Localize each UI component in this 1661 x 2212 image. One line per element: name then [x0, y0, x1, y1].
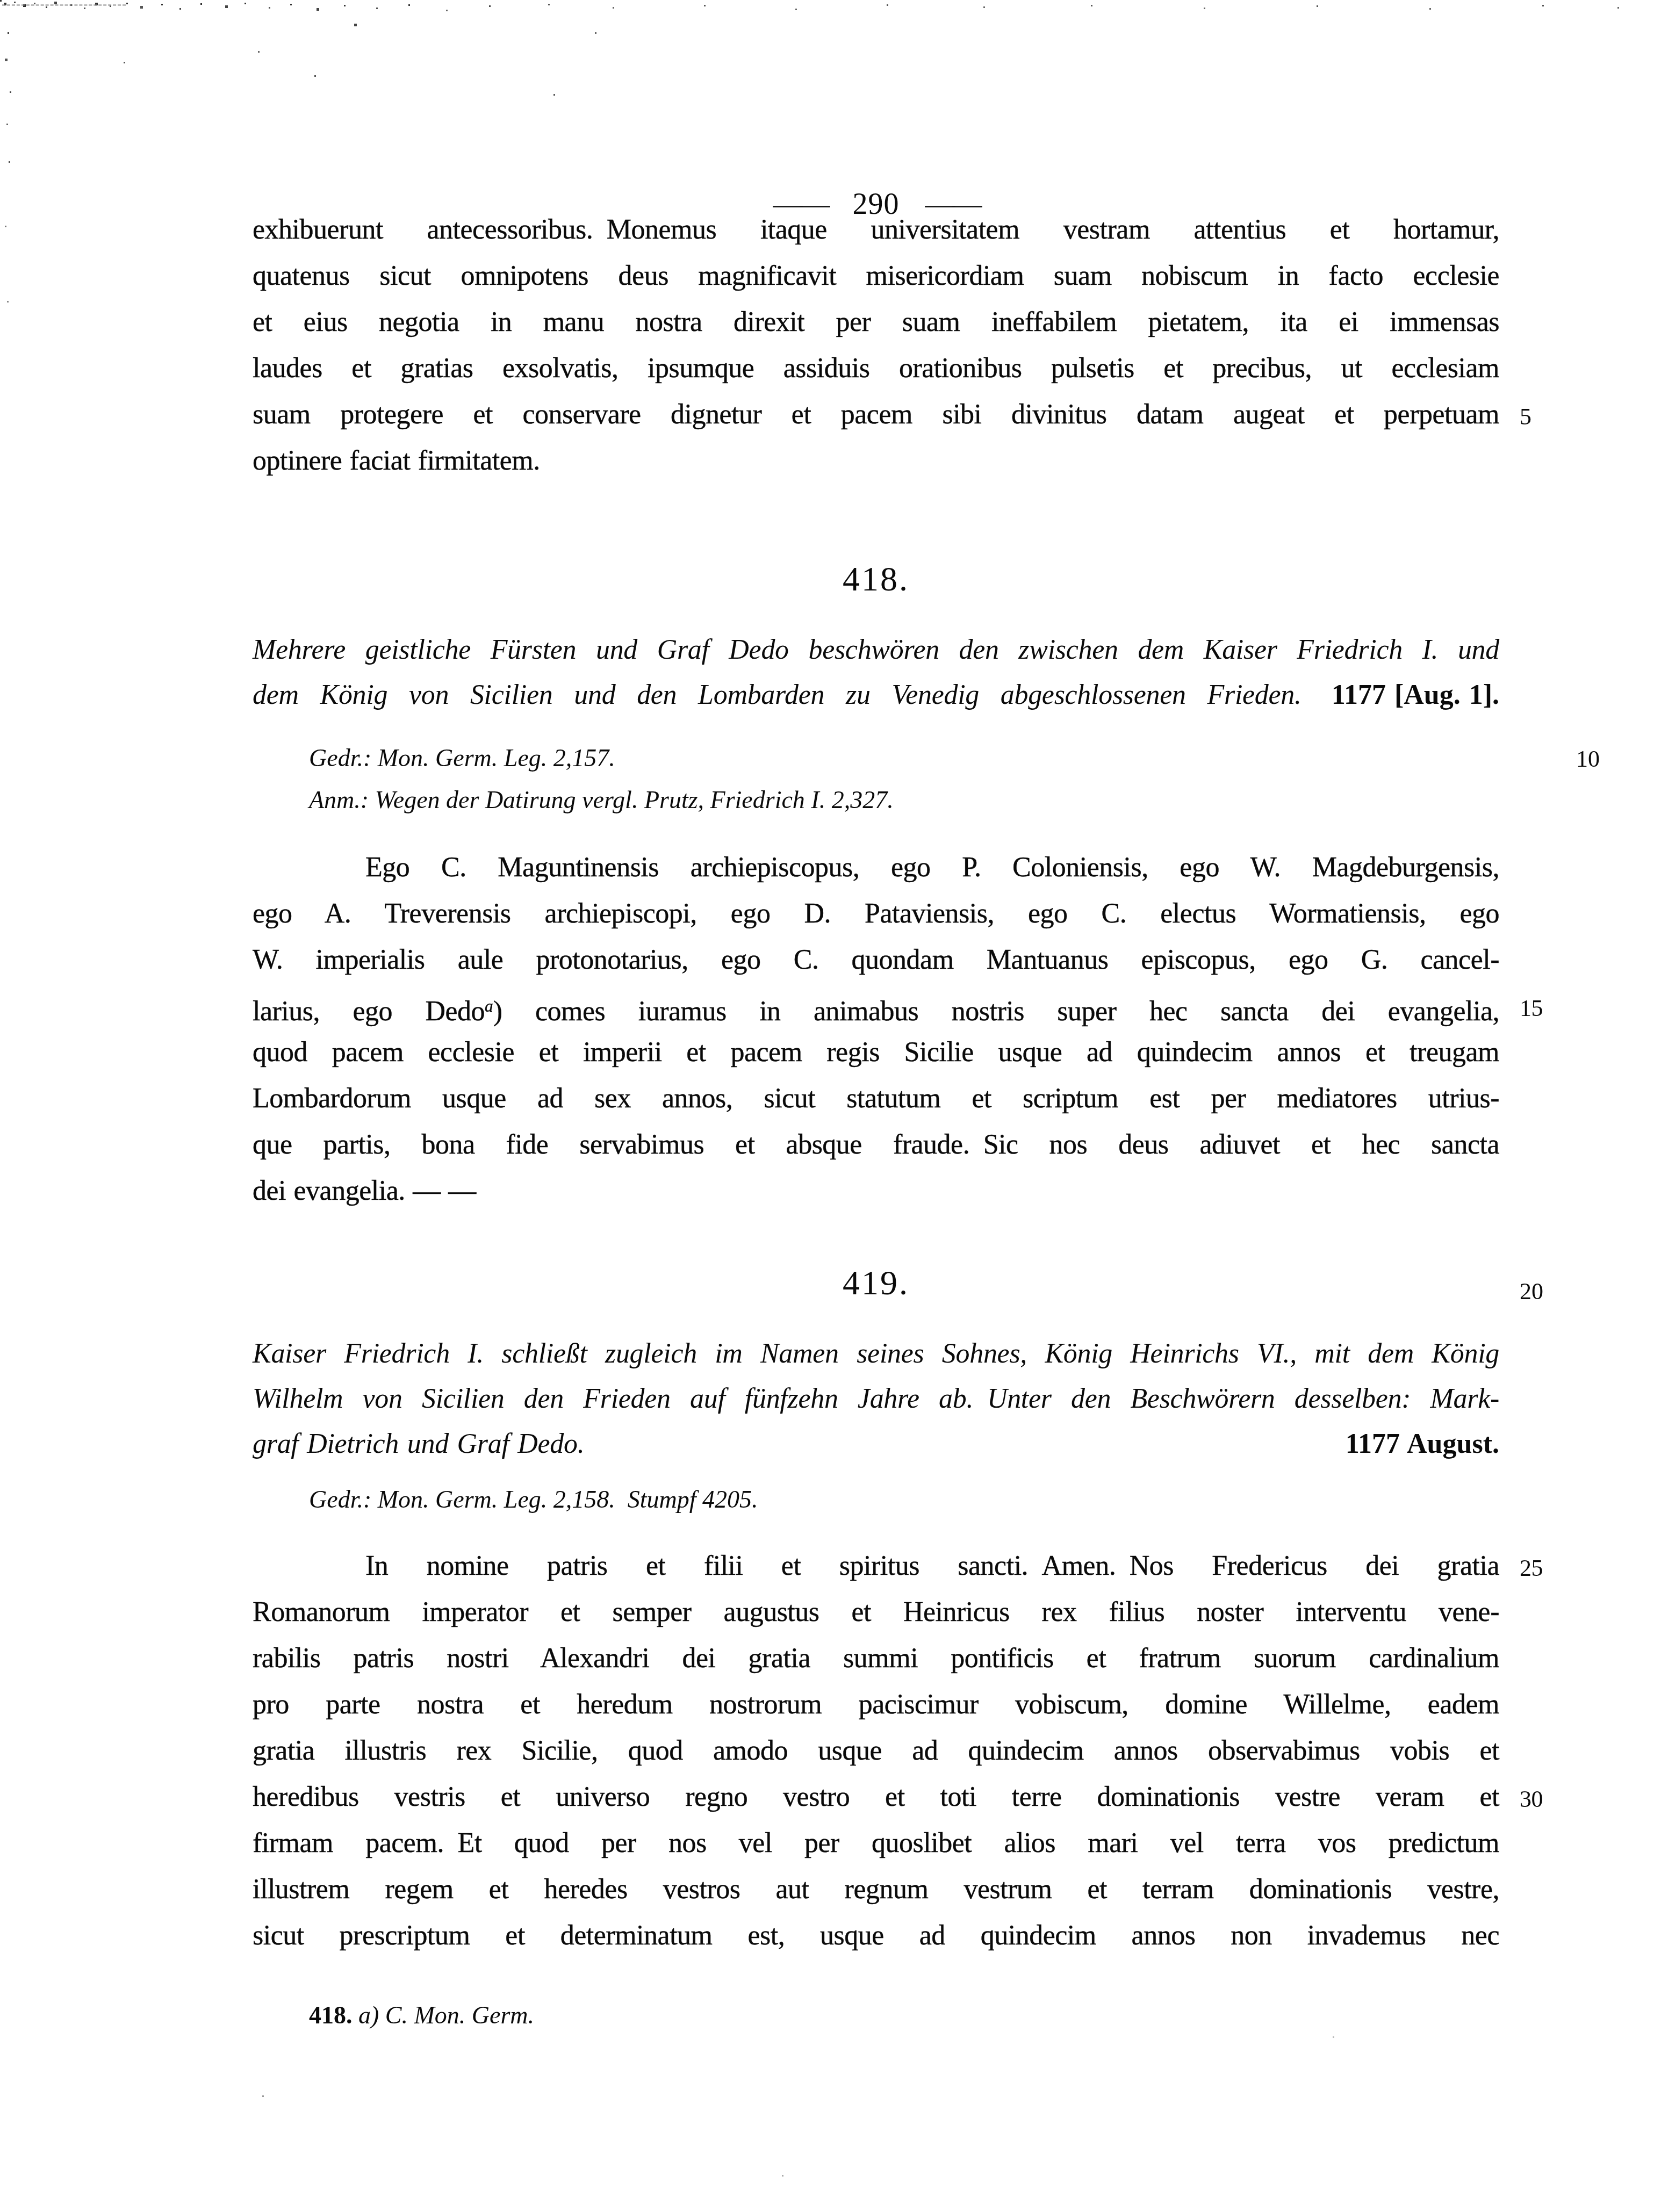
- entry-418-regest: Mehrere geistliche Fürsten und Graf Dedo…: [253, 628, 1499, 718]
- line-text: Kaiser Friedrich I. schließt zugleich im…: [253, 1331, 1499, 1377]
- text-line: ego A. Treverensis archiepiscopi, ego D.…: [253, 891, 1499, 937]
- page-content: ——290—— exhibuerunt antecessoribus. Mone…: [253, 0, 1499, 2212]
- text-line: larius, ego Dedoa) comes iuramus in anim…: [253, 983, 1499, 1029]
- text-line: Ego C. Maguntinensis archiepiscopus, ego…: [253, 845, 1499, 891]
- text-line: optinere faciat firmitatem.: [253, 438, 1499, 484]
- entry-418-sources: Gedr.: Mon. Germ. Leg. 2,157.10Anm.: Weg…: [253, 737, 1556, 821]
- margin-line-number: 30: [1520, 1776, 1543, 1822]
- line-text: larius, ego Dedoa) comes iuramus in anim…: [253, 983, 1499, 1029]
- margin-line-number: 15: [1520, 985, 1543, 1032]
- text-line: graf Dietrich und Graf Dedo.1177 August.: [253, 1422, 1499, 1467]
- entry-419-margin-line-number: 20: [1520, 1270, 1543, 1313]
- line-text: et eius negotia in manu nostra direxit p…: [253, 299, 1499, 345]
- line-text: graf Dietrich und Graf Dedo.: [253, 1422, 1315, 1467]
- text-line: gratia illustris rex Sicilie, quod amodo…: [253, 1728, 1499, 1774]
- entry-419-sources: Gedr.: Mon. Germ. Leg. 2,158. Stumpf 420…: [253, 1479, 1556, 1521]
- margin-line-number: 10: [1576, 738, 1600, 780]
- text-line: exhibuerunt antecessoribus. Monemus itaq…: [253, 207, 1499, 253]
- text-line: sicut prescriptum et determinatum est, u…: [253, 1913, 1499, 1959]
- text-line: firmam pacem. Et quod per nos vel per qu…: [253, 1820, 1499, 1867]
- line-text: heredibus vestris et universo regno vest…: [253, 1774, 1499, 1820]
- text-line: In nomine patris et filii et spiritus sa…: [253, 1543, 1499, 1589]
- text-line: et eius negotia in manu nostra direxit p…: [253, 299, 1499, 345]
- line-text: Wilhelm von Sicilien den Frieden auf fün…: [253, 1377, 1499, 1422]
- line-text: dem König von Sicilien und den Lombarden…: [253, 673, 1302, 718]
- line-text: Romanorum imperator et semper augustus e…: [253, 1589, 1499, 1635]
- text-line: dem König von Sicilien und den Lombarden…: [253, 673, 1499, 718]
- entry-419-number: 419.: [843, 1264, 909, 1302]
- line-text: dei evangelia. — —: [253, 1168, 1499, 1214]
- text-line: Gedr.: Mon. Germ. Leg. 2,158. Stumpf 420…: [309, 1479, 1556, 1521]
- line-text-part: ) comes iuramus in animabus nostris supe…: [493, 996, 1499, 1027]
- text-line: Anm.: Wegen der Datirung vergl. Prutz, F…: [309, 779, 1556, 821]
- text-line: Lombardorum usque ad sex annos, sicut st…: [253, 1076, 1499, 1122]
- line-text: quod pacem ecclesie et imperii et pacem …: [253, 1029, 1499, 1076]
- text-line: que partis, bona fide servabimus et absq…: [253, 1122, 1499, 1168]
- line-text: Ego C. Maguntinensis archiepiscopus, ego…: [253, 845, 1499, 891]
- entry-419-regest: Kaiser Friedrich I. schließt zugleich im…: [253, 1331, 1499, 1467]
- line-text: Gedr.: Mon. Germ. Leg. 2,158. Stumpf 420…: [309, 1479, 1556, 1521]
- entry-419-heading: 419. 20: [253, 1262, 1499, 1305]
- text-line: suam protegere et conservare dignetur et…: [253, 392, 1499, 438]
- line-text: illustrem regem et heredes vestros aut r…: [253, 1867, 1499, 1913]
- text-line: laudes et gratias exsolvatis, ipsumque a…: [253, 345, 1499, 392]
- line-text: laudes et gratias exsolvatis, ipsumque a…: [253, 345, 1499, 392]
- page-scan: { "page": { "header": { "dash_left": "——…: [0, 0, 1661, 2212]
- line-text: sicut prescriptum et determinatum est, u…: [253, 1913, 1499, 1959]
- line-text: suam protegere et conservare dignetur et…: [253, 392, 1499, 438]
- margin-line-number: 5: [1520, 394, 1531, 440]
- text-line: rabilis patris nostri Alexandri dei grat…: [253, 1635, 1499, 1682]
- entry-date: 1177 [Aug. 1].: [1332, 673, 1499, 718]
- text-line: pro parte nostra et heredum nostrorum pa…: [253, 1682, 1499, 1728]
- line-text: exhibuerunt antecessoribus. Monemus itaq…: [253, 207, 1499, 253]
- footnote-label: 418.: [309, 2001, 353, 2029]
- text-line: dei evangelia. — —: [253, 1168, 1499, 1214]
- text-line: illustrem regem et heredes vestros aut r…: [253, 1867, 1499, 1913]
- margin-line-number: 25: [1520, 1545, 1543, 1591]
- line-text: Mehrere geistliche Fürsten und Graf Dedo…: [253, 628, 1499, 673]
- line-text: ego A. Treverensis archiepiscopi, ego D.…: [253, 891, 1499, 937]
- text-line: Gedr.: Mon. Germ. Leg. 2,157.10: [309, 737, 1556, 779]
- line-text: gratia illustris rex Sicilie, quod amodo…: [253, 1728, 1499, 1774]
- entry-418-text: Ego C. Maguntinensis archiepiscopus, ego…: [253, 845, 1499, 1214]
- text-line: Romanorum imperator et semper augustus e…: [253, 1589, 1499, 1635]
- line-text: rabilis patris nostri Alexandri dei grat…: [253, 1635, 1499, 1682]
- line-text: quatenus sicut omnipotens deus magnifica…: [253, 253, 1499, 299]
- line-text: firmam pacem. Et quod per nos vel per qu…: [253, 1820, 1499, 1867]
- line-text: W. imperialis aule protonotarius, ego C.…: [253, 937, 1499, 983]
- text-line: Kaiser Friedrich I. schließt zugleich im…: [253, 1331, 1499, 1377]
- superscript-note-marker: a: [485, 997, 493, 1015]
- line-text-part: larius, ego Dedo: [253, 996, 485, 1027]
- line-text: pro parte nostra et heredum nostrorum pa…: [253, 1682, 1499, 1728]
- text-line: W. imperialis aule protonotarius, ego C.…: [253, 937, 1499, 983]
- line-text: optinere faciat firmitatem.: [253, 438, 1499, 484]
- footnote-text: a) C. Mon. Germ.: [358, 2001, 534, 2029]
- entry-418-heading: 418.: [253, 558, 1499, 601]
- line-text: In nomine patris et filii et spiritus sa…: [253, 1543, 1499, 1589]
- scan-noise-speckles: [0, 0, 2, 2]
- scan-noise-dashed-line: [2, 4, 126, 6]
- line-text: Anm.: Wegen der Datirung vergl. Prutz, F…: [309, 779, 1556, 821]
- text-line: Wilhelm von Sicilien den Frieden auf fün…: [253, 1377, 1499, 1422]
- entry-date: 1177 August.: [1346, 1422, 1499, 1467]
- entry-418-number: 418.: [843, 560, 909, 598]
- footnote-418: 418. a) C. Mon. Germ.: [253, 1994, 1556, 2036]
- continuation-paragraph: exhibuerunt antecessoribus. Monemus itaq…: [253, 207, 1499, 484]
- text-line: quod pacem ecclesie et imperii et pacem …: [253, 1029, 1499, 1076]
- line-text: Gedr.: Mon. Germ. Leg. 2,157.: [309, 737, 1556, 779]
- line-text: Lombardorum usque ad sex annos, sicut st…: [253, 1076, 1499, 1122]
- text-line: Mehrere geistliche Fürsten und Graf Dedo…: [253, 628, 1499, 673]
- entry-419-text: In nomine patris et filii et spiritus sa…: [253, 1543, 1499, 1959]
- line-text: que partis, bona fide servabimus et absq…: [253, 1122, 1499, 1168]
- text-line: heredibus vestris et universo regno vest…: [253, 1774, 1499, 1820]
- text-line: quatenus sicut omnipotens deus magnifica…: [253, 253, 1499, 299]
